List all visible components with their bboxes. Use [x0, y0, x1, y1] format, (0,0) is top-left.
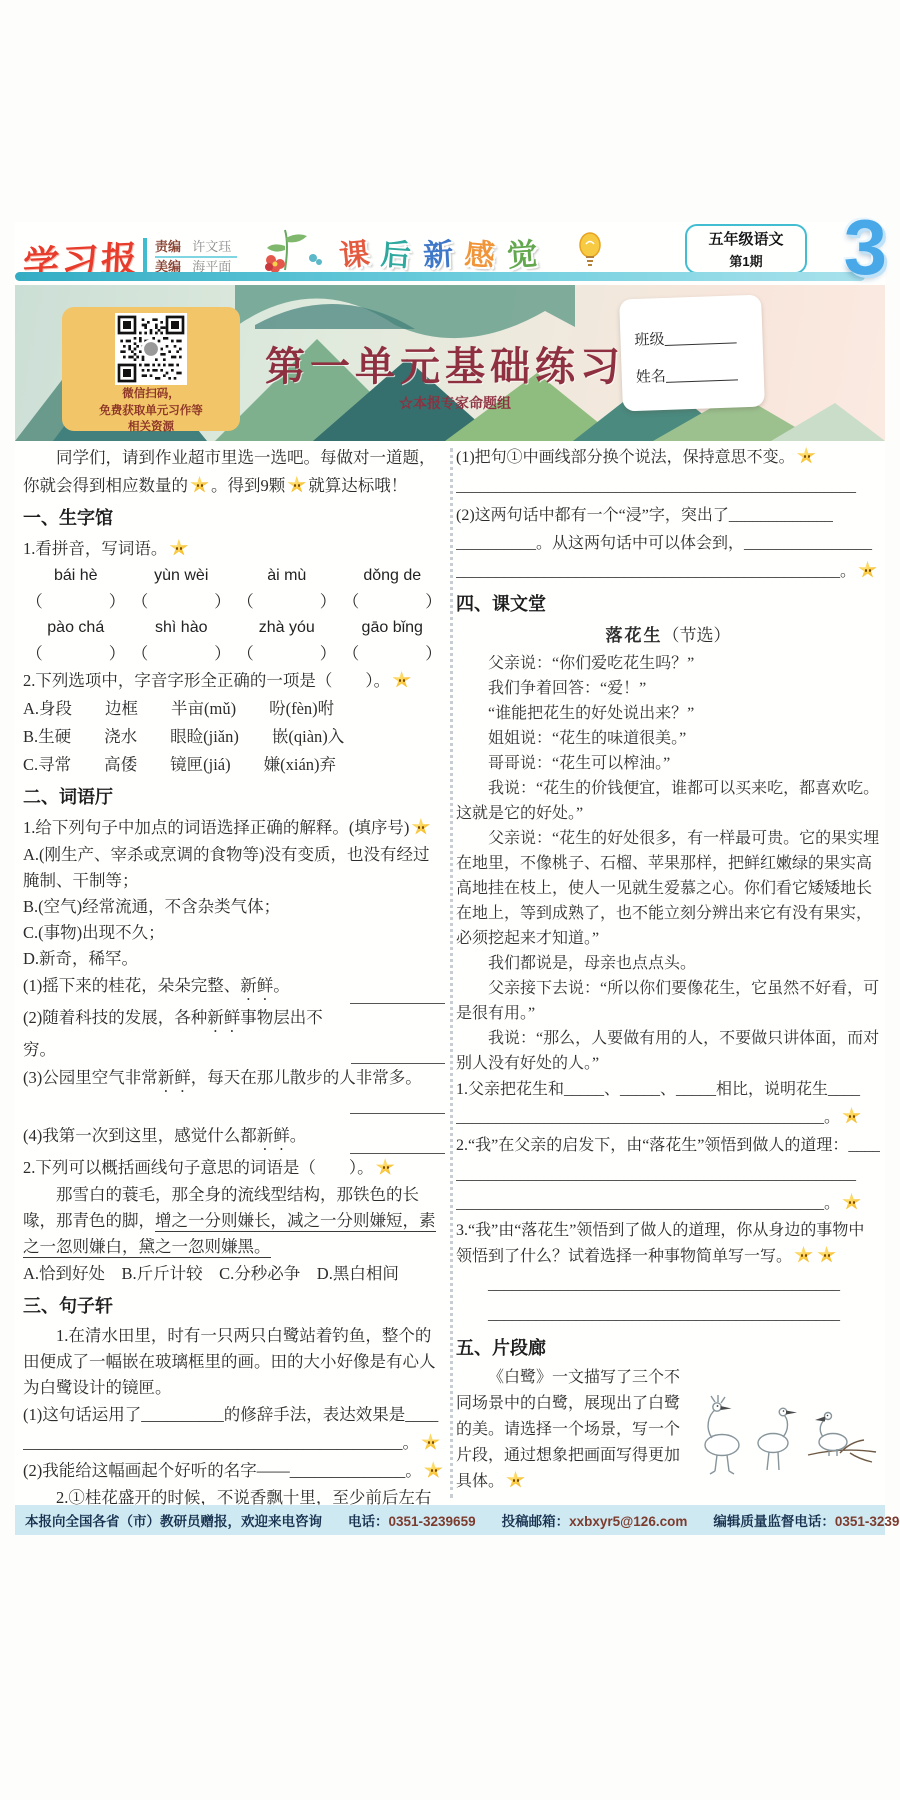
- masthead-title-char: 后: [380, 229, 413, 275]
- answer-paren-row: （ ） （ ） （ ） （ ）: [23, 641, 445, 667]
- passage-title-text: 落花生: [606, 626, 663, 645]
- question-text: 1.看拼音，写词语。: [23, 539, 167, 558]
- item-text: 。: [273, 976, 290, 995]
- fragment-prompt-text: 《白鹭》一文描写了三个不同场景中的白鹭，展现出了白鹭的美。请选择一个场景，写一个…: [456, 1369, 680, 1490]
- star-icon: [287, 476, 306, 494]
- right-column: (1)把句①中画线部分换个说法，保持意思不变。 ________________…: [456, 444, 880, 1506]
- section-heading-5: 五、片段廊: [456, 1333, 880, 1363]
- star-icon: [169, 539, 188, 557]
- footer-notice: 本报向全国各省（市）教研员赠报，欢迎来电咨询: [25, 1510, 322, 1530]
- fill-line: (1)这句话运用了__________的修辞手法，表达效果是____: [23, 1401, 445, 1429]
- item-text: (3)公园里空气非常: [23, 1068, 158, 1087]
- name-row: 姓名: [635, 362, 752, 387]
- choice-option: A.恰到好处 B.斤斤计较 C.分秒必争 D.黑白相间: [23, 1260, 445, 1288]
- passage-title: 落花生（节选）: [456, 621, 880, 651]
- class-row: 班级: [634, 325, 751, 350]
- star-icon: [424, 1461, 443, 1479]
- pinyin-cell: dǒng de: [340, 563, 446, 589]
- section-heading-4: 四、课文堂: [456, 589, 880, 619]
- question: 2.①桂花盛开的时候，不说香飘十里，至少前后左右十几家邻居，没有不浸在桂花香里的…: [23, 1485, 445, 1506]
- passage-paragraph: “谁能把花生的好处说出来？”: [456, 701, 880, 726]
- definition: D.新奇，稀罕。: [23, 946, 445, 972]
- choice-option: B.生硬 浇水 眼睑(jiǎn) 嵌(qiàn)入: [23, 723, 445, 751]
- passage-paragraph: 我们都说是，母亲也点点头。: [456, 951, 880, 976]
- answer-paren-row: （ ） （ ） （ ） （ ）: [23, 589, 445, 615]
- star-icon: [794, 1246, 813, 1264]
- definition: B.(空气)经常流通，不含杂类气体；: [23, 894, 445, 920]
- masthead-title-char: 感: [463, 229, 497, 275]
- footer-phone-label: 电话：: [348, 1514, 389, 1529]
- fill-line: ________________________________________…: [23, 1429, 445, 1457]
- left-column: 同学们，请到作业超市里选一选吧。每做对一道题，你就会得到相应数量的。得到9颗就算…: [23, 444, 445, 1506]
- answer-paren: （ ）: [234, 641, 340, 667]
- emphasized-word: 新鲜: [207, 1008, 240, 1027]
- star-icon: [376, 1158, 395, 1176]
- qr-caption-line: 微信扫码，: [62, 388, 240, 402]
- answer-blank-line: ________________________________________…: [456, 472, 880, 502]
- masthead-title-char: 新: [422, 229, 454, 275]
- question-text: 2.下列选项中，字音字形全正确的一项是（ ）。: [23, 671, 390, 690]
- passage-paragraph: 我说：“那么，人要做有用的人，不要做只讲体面，而对别人没有好处的人。”: [456, 1026, 880, 1076]
- qr-caption-line: 相关资源: [62, 421, 240, 435]
- item-text: 。: [290, 1126, 307, 1145]
- pinyin-cell: ài mù: [234, 563, 340, 589]
- star-icon: [392, 671, 411, 689]
- footer-phone-value: 0351-3239659: [389, 1514, 476, 1529]
- pinyin-cell: gāo bǐng: [340, 615, 446, 641]
- masthead-title-char: 觉: [506, 229, 539, 275]
- grade-issue-frame: 五年级语文 第1期: [685, 224, 807, 274]
- fill-item: (3)公园里空气非常新鲜，每天在那儿散步的人非常多。: [23, 1064, 445, 1096]
- class-blank-line: [664, 327, 737, 346]
- masthead-title: 课 后 新 感 觉: [335, 230, 541, 274]
- masthead-divider-bar: [15, 272, 865, 281]
- pinyin-row: bái hè yùn wèi ài mù dǒng de: [23, 563, 445, 589]
- item-text: (4)我第一次到这里，感觉什么都: [23, 1126, 257, 1145]
- footer-supervise-value: 0351-3239625: [835, 1514, 900, 1529]
- body-columns: 同学们，请到作业超市里选一选吧。每做对一道题，你就会得到相应数量的。得到9颗就算…: [15, 444, 885, 1506]
- intro-text: 。得到9颗: [211, 476, 285, 495]
- question-text: 2.①桂花盛开的时候，不说香飘十里，: [56, 1488, 332, 1506]
- pinyin-row: pào chá shì hào zhà yóu gāo bǐng: [23, 615, 445, 641]
- fill-item: (4)我第一次到这里，感觉什么都新鲜。: [23, 1122, 445, 1154]
- fill-line-text: ________________________________________…: [456, 1109, 840, 1126]
- star-icon: [842, 1107, 861, 1125]
- passage-paragraph: 父亲接下去说：“所以你们要像花生，它虽然不好看，可是很有用。”: [456, 976, 880, 1026]
- footer-bar: 本报向全国各省（市）教研员赠报，欢迎来电咨询 电话：0351-3239659 投…: [15, 1505, 885, 1535]
- section-heading-2: 二、词语厅: [23, 782, 445, 812]
- name-blank-line: [665, 364, 738, 383]
- fill-line-text: (2)我能给这幅画起个好听的名字——______________。: [23, 1461, 422, 1480]
- star-icon: [190, 476, 209, 494]
- answer-blank-line: ________________________________________…: [456, 1300, 880, 1330]
- name-label: 姓名: [636, 369, 667, 386]
- choice-option: C.寻常 高倭 镜匣(jiá) 嫌(xián)弃: [23, 751, 445, 779]
- emphasized-word: 新鲜: [240, 976, 273, 995]
- answer-blank-line: ________________________________________…: [456, 1270, 880, 1300]
- qr-code: [115, 313, 187, 385]
- pinyin-cell: yùn wèi: [129, 563, 235, 589]
- pinyin-cell: bái hè: [23, 563, 129, 589]
- footer-email: 投稿邮箱：xxbxyr5@126.com: [502, 1510, 688, 1530]
- footer-email-value: xxbxyr5@126.com: [569, 1514, 687, 1529]
- fill-item-text: (2)随着科技的发展，各种新鲜事物层出不穷。: [23, 1004, 351, 1064]
- passage-paragraph: 哥哥说：“花生可以榨油。”: [456, 751, 880, 776]
- unit-subtitle: ☆本报专家命题组: [245, 393, 665, 413]
- class-label: 班级: [634, 332, 665, 349]
- fill-line: (2)这两句话中都有一个“浸”字，突出了_____________: [456, 502, 880, 530]
- answer-paren: （ ）: [340, 589, 446, 615]
- definition: C.(事物)出现不久；: [23, 920, 445, 946]
- fragment-section: 《白鹭》一文描写了三个不同场景中的白鹭，展现出了白鹭的美。请选择一个场景，写一个…: [456, 1365, 880, 1495]
- answer-paren: （ ）: [23, 589, 129, 615]
- star-icon: [858, 561, 877, 579]
- choice-option: A.身段 边框 半亩(mǔ) 吩(fèn)咐: [23, 695, 445, 723]
- section-heading-3: 三、句子轩: [23, 1291, 445, 1321]
- answer-paren: （ ）: [340, 641, 446, 667]
- item-text: ，每天在那儿散步的人非常多。: [191, 1068, 422, 1087]
- footer-supervise-phone: 编辑质量监督电话：0351-3239625: [713, 1510, 900, 1530]
- question-text: 2.下列可以概括画线句子意思的词语是（ ）。: [23, 1158, 374, 1177]
- question: 2.下列选项中，字音字形全正确的一项是（ ）。: [23, 667, 445, 695]
- intro-text: 就算达标哦！: [308, 476, 407, 495]
- answer-blank: [350, 1096, 445, 1114]
- item-text: (1)摇下来的桂花，朵朵完整、: [23, 976, 240, 995]
- star-icon: [817, 1246, 836, 1264]
- quoted-passage: 那雪白的蓑毛，那全身的流线型结构，那铁色的长喙，那青色的脚，增之一分则嫌长，减之…: [23, 1182, 445, 1260]
- fill-line: ________________________________________…: [456, 1190, 880, 1218]
- fill-line: (2)我能给这幅画起个好听的名字——______________。: [23, 1457, 445, 1485]
- fill-line: ________________________________________…: [456, 1104, 880, 1132]
- issue-number: 3: [844, 208, 887, 286]
- emphasized-word: 新鲜: [257, 1126, 290, 1145]
- item-text: (2)随着科技的发展，各种: [23, 1008, 207, 1027]
- emphasized-word: 新鲜: [158, 1068, 191, 1087]
- column-divider: [450, 448, 453, 1498]
- question: 3.“我”由“落花生”领悟到了做人的道理，你从身边的事物中领悟到了什么？试着选择…: [456, 1218, 880, 1270]
- masthead-title-char: 课: [337, 229, 371, 276]
- passage-paragraph: 父亲说：“你们爱吃花生吗？”: [456, 651, 880, 676]
- question: 1.给下列句子中加点的词语选择正确的解释。(填序号): [23, 814, 445, 842]
- egret-illustration: [690, 1391, 880, 1487]
- answer-paren: （ ）: [129, 641, 235, 667]
- passage-paragraph: 我们争着回答：“爱！”: [456, 676, 880, 701]
- question: 1.看拼音，写词语。: [23, 535, 445, 563]
- question: 1.在清水田里，时有一只两只白鹭站着钓鱼，整个的田便成了一幅嵌在玻璃框里的画。田…: [23, 1323, 445, 1401]
- question: (1)把句①中画线部分换个说法，保持意思不变。: [456, 444, 880, 472]
- answer-blank-line: ________________________________________…: [456, 1160, 880, 1190]
- issue-label: 第1期: [687, 251, 805, 270]
- grade-label: 五年级语文: [687, 229, 805, 251]
- class-name-box: 班级 姓名: [619, 295, 765, 412]
- qr-panel: 微信扫码， 免费获取单元习作等 相关资源: [62, 307, 240, 431]
- passage-paragraph: 姐姐说：“花生的味道很美。”: [456, 726, 880, 751]
- answer-paren: （ ）: [23, 641, 129, 667]
- star-icon: [797, 447, 816, 465]
- star-icon: [421, 1433, 440, 1451]
- fill-line-text: ________________________________________…: [456, 1195, 840, 1212]
- definition: A.(刚生产、宰杀或烹调的食物等)没有变质，也没有经过腌制、干制等；: [23, 842, 445, 894]
- fill-line: __________。从这两句话中可以体会到，________________: [456, 530, 880, 558]
- fill-line: 2.“我”在父亲的启发下，由“落花生”领悟到做人的道理：____: [456, 1132, 880, 1160]
- section-heading-1: 一、生字馆: [23, 503, 445, 533]
- pinyin-cell: shì hào: [129, 615, 235, 641]
- unit-banner: 微信扫码， 免费获取单元习作等 相关资源 第一单元基础练习 ☆本报专家命题组 班…: [15, 285, 885, 441]
- answer-blank: [351, 1046, 445, 1064]
- passage-paragraph: 我说：“花生的价钱便宜，谁都可以买来吃，都喜欢吃。这就是它的好处。”: [456, 776, 880, 826]
- newspaper-page: 学习报 责编 许文珏 美编 海平面 课 后 新 感 觉: [15, 222, 885, 1535]
- footer-supervise-label: 编辑质量监督电话：: [713, 1514, 835, 1529]
- editor-row: 责编 许文珏: [155, 238, 237, 258]
- fill-line-text: ________________________________________…: [23, 1433, 419, 1452]
- star-icon: [411, 818, 430, 836]
- fill-line-text: ________________________________________…: [456, 563, 856, 580]
- masthead: 学习报 责编 许文珏 美编 海平面 课 后 新 感 觉: [15, 222, 885, 274]
- light-bulb-icon: [575, 230, 605, 268]
- footer-email-label: 投稿邮箱：: [502, 1514, 570, 1529]
- unit-title: 第一单元基础练习: [245, 335, 645, 392]
- pinyin-cell: zhà yóu: [234, 615, 340, 641]
- passage-subtitle: （节选）: [663, 626, 731, 645]
- qr-caption-line: 免费获取单元习作等: [62, 405, 240, 419]
- editor-name: 许文珏: [192, 239, 231, 254]
- fill-line: 1.父亲把花生和_____、_____、_____相比，说明花生____: [456, 1076, 880, 1104]
- answer-blank-row: [23, 1096, 445, 1122]
- fill-item: (2)随着科技的发展，各种新鲜事物层出不穷。: [23, 1004, 445, 1064]
- answer-blank: [350, 986, 445, 1004]
- fill-item-text: (1)摇下来的桂花，朵朵完整、新鲜。: [23, 972, 290, 1004]
- question-text: 1.给下列句子中加点的词语选择正确的解释。(填序号): [23, 818, 409, 837]
- editor-label: 责编: [155, 239, 181, 254]
- intro-paragraph: 同学们，请到作业超市里选一选吧。每做对一道题，你就会得到相应数量的。得到9颗就算…: [23, 444, 445, 500]
- star-icon: [842, 1193, 861, 1211]
- passage-paragraph: 父亲说：“花生的好处很多，有一样最可贵。它的果实埋在地里，不像桃子、石榴、苹果那…: [456, 826, 880, 951]
- star-icon: [506, 1471, 525, 1489]
- fill-item-text: (4)我第一次到这里，感觉什么都新鲜。: [23, 1122, 306, 1154]
- answer-paren: （ ）: [129, 589, 235, 615]
- flower-icon: [255, 224, 325, 272]
- pinyin-cell: pào chá: [23, 615, 129, 641]
- question: 2.下列可以概括画线句子意思的词语是（ ）。: [23, 1154, 445, 1182]
- fill-line: ________________________________________…: [456, 558, 880, 586]
- answer-blank: [350, 1136, 445, 1154]
- fill-item: (1)摇下来的桂花，朵朵完整、新鲜。: [23, 972, 445, 1004]
- footer-phone: 电话：0351-3239659: [348, 1510, 476, 1530]
- answer-paren: （ ）: [234, 589, 340, 615]
- question-text: (1)把句①中画线部分换个说法，保持意思不变。: [456, 449, 795, 466]
